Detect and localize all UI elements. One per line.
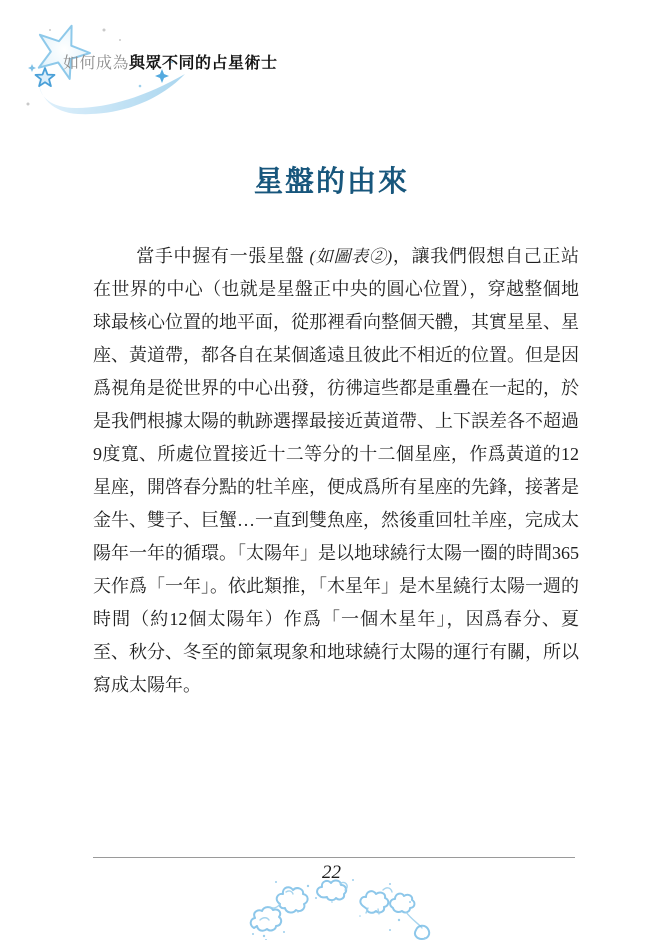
sparkle-star-left bbox=[28, 64, 36, 72]
body-segment-1: 當手中握有一張星盤 bbox=[136, 246, 309, 266]
page-number: 22 bbox=[0, 862, 663, 884]
footer-rule bbox=[93, 857, 575, 858]
small-star-shape bbox=[36, 68, 55, 86]
chapter-title: 星盤的由來 bbox=[0, 159, 663, 200]
running-head: 如何成為與眾不同的占星術士 bbox=[63, 53, 278, 75]
running-head-series: 如何成為 bbox=[63, 55, 129, 72]
book-page: 如何成為與眾不同的占星術士 星盤的由來 當手中握有一張星盤 (如圖表②)，讓我們… bbox=[0, 0, 663, 940]
body-segment-2: ，讓我們假想自己正站在世界的中心（也就是星盤正中央的圓心位置），穿越整個地球最核… bbox=[93, 246, 579, 695]
running-head-book-title: 與眾不同的占星術士 bbox=[129, 55, 278, 72]
body-paragraph: 當手中握有一張星盤 (如圖表②)，讓我們假想自己正站在世界的中心（也就是星盤正中… bbox=[93, 240, 579, 702]
figure-reference: (如圖表②) bbox=[309, 247, 392, 266]
